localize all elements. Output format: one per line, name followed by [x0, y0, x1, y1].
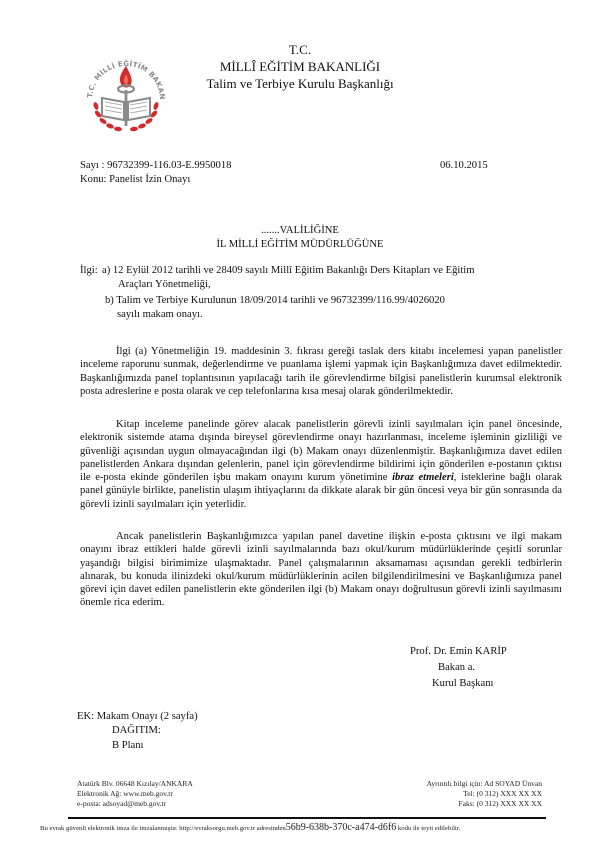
ilgi-a-line1: a) 12 Eylül 2012 tarihli ve 28409 sayılı…	[102, 264, 475, 277]
attachment-note: EK: Makam Onayı (2 sayfa)	[77, 710, 198, 724]
signatory-name: Prof. Dr. Emin KARİP	[410, 645, 507, 659]
header-tc: T.C.	[190, 42, 410, 58]
distribution-plan: B Planı	[112, 739, 144, 753]
document-number: Sayı : 96732399-116.03-E.9950018	[80, 159, 231, 172]
ilgi-label: İlgi:	[80, 264, 98, 277]
paragraph-3-text: Ancak panelistlerin Başkanlığımızca yapı…	[80, 531, 562, 608]
paragraph-2-emphasis: ibraz etmeleri	[392, 472, 454, 483]
ministry-logo: T.C. MİLLİ EĞİTİM BAKANLIĞI	[80, 52, 172, 144]
addressee-line2: İL MİLLİ EĞİTİM MÜDÜRLÜĞÜNE	[0, 238, 600, 251]
footer-website: Elektronik Ağ: www.meb.gov.tr	[77, 789, 173, 799]
paragraph-1-text: İlgi (a) Yönetmeliğin 19. maddesinin 3. …	[80, 346, 562, 397]
footer-contact: Ayrıntılı bilgi için: Ad SOYAD Ünvan	[427, 779, 542, 789]
ilgi-b-line1: b) Talim ve Terbiye Kurulunun 18/09/2014…	[105, 294, 445, 307]
ilgi-a-line2: Araçları Yönetmeliği,	[118, 278, 211, 291]
document-subject: Konu: Panelist İzin Onayı	[80, 173, 190, 186]
header-ministry: MİLLÎ EĞİTİM BAKANLIĞI	[190, 59, 410, 75]
footer-divider	[68, 817, 546, 819]
footer-phone: Tel: (0 312) XXX XX XX	[463, 789, 542, 799]
verification-code: 56b9-638b-370c-a474-d6f6	[286, 822, 397, 833]
header-department: Talim ve Terbiye Kurulu Başkanlığı	[190, 76, 410, 92]
signatory-role-1: Bakan a.	[438, 661, 475, 675]
ilgi-b-line2: sayılı makam onayı.	[117, 308, 203, 321]
signatory-role-2: Kurul Başkanı	[432, 677, 494, 691]
footer-fax: Faks: (0 312) XXX XX XX	[458, 799, 542, 809]
meb-emblem-icon: T.C. MİLLİ EĞİTİM BAKANLIĞI	[80, 52, 172, 144]
distribution-label: DAĞITIM:	[112, 724, 161, 738]
document-date: 06.10.2015	[440, 159, 488, 172]
addressee-line1: .......VALİLİĞİNE	[0, 224, 600, 237]
verification-prefix: Bu evrak güvenli elektronik imza ile imz…	[40, 825, 286, 832]
paragraph-1: İlgi (a) Yönetmeliğin 19. maddesinin 3. …	[80, 345, 562, 398]
paragraph-3: Ancak panelistlerin Başkanlığımızca yapı…	[80, 530, 562, 610]
verification-suffix: kodu ile teyit edilebilir.	[396, 825, 460, 832]
paragraph-2: Kitap inceleme panelinde görev alacak pa…	[80, 418, 562, 511]
footer-address: Atatürk Blv. 06648 Kızılay/ANKARA	[77, 779, 193, 789]
footer-email: e-posta: adsoyad@meb.gov.tr	[77, 799, 166, 809]
verification-note: Bu evrak güvenli elektronik imza ile imz…	[40, 822, 580, 833]
